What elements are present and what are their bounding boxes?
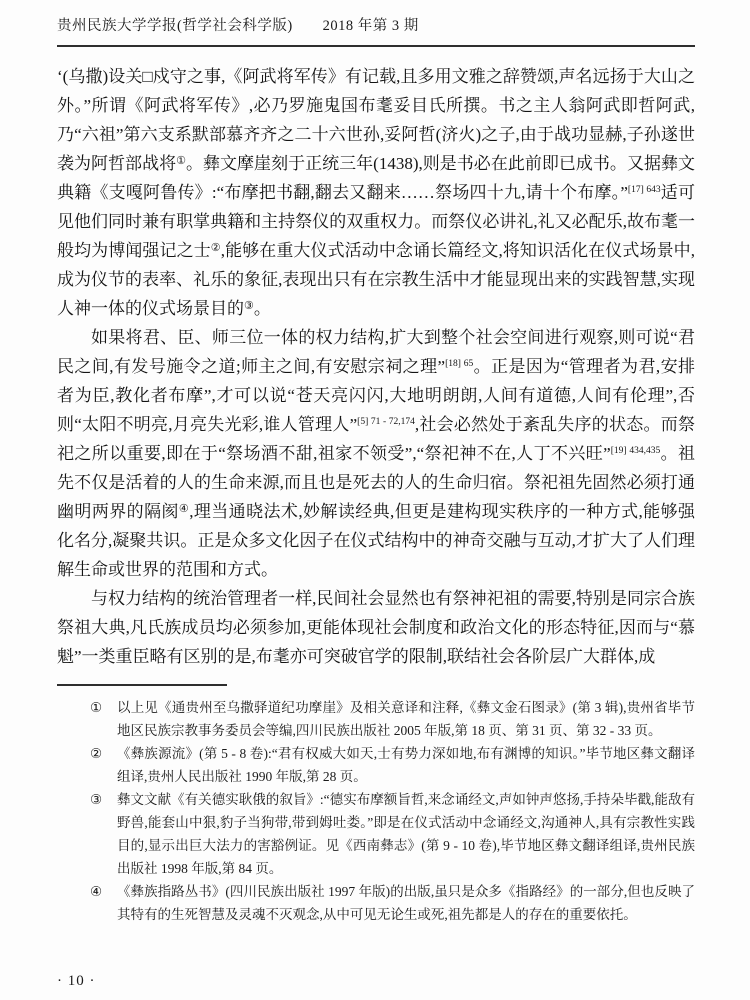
footnote-text: 彝文文献《有关德实耿俄的叙旨》:“德实布摩额旨哲,来念诵经文,声如钟声悠扬,手持… [117, 792, 695, 876]
citation-marker: [17] 643 [628, 185, 661, 195]
footnote-number: ③ [90, 788, 102, 811]
footnote-marker-3: ③ [244, 300, 254, 312]
header-divider [57, 45, 695, 47]
footnote-text: 《彝族指路丛书》(四川民族出版社 1997 年版)的出版,虽只是众多《指路经》的… [117, 884, 695, 922]
journal-page: 贵州民族大学学报(哲学社会科学版)2018 年第 3 期 ‘(乌撒)设关□戍守之… [0, 0, 750, 1000]
page-number: · 10 · [57, 973, 96, 990]
footnote-item: ① 以上见《通贵州至乌撒驿道纪功摩崖》及相关意译和注释,《彝文金石图录》(第 3… [57, 696, 695, 742]
issue-label: 2018 年第 3 期 [323, 18, 419, 34]
paragraph-2: 如果将君、臣、师三位一体的权力结构,扩大到整个社会空间进行观察,则可说“君民之间… [57, 323, 695, 584]
citation-marker: [5] 71 - 72,174 [357, 417, 415, 427]
footnote-marker-4: ④ [179, 503, 189, 515]
journal-title: 贵州民族大学学报(哲学社会科学版) [57, 18, 293, 34]
footnotes: ① 以上见《通贵州至乌撒驿道纪功摩崖》及相关意译和注释,《彝文金石图录》(第 3… [57, 696, 695, 926]
body-text-segment: 。 [254, 299, 271, 318]
article-body: ‘(乌撒)设关□戍守之事,《阿武将军传》有记载,且多用文雅之辞赞颂,声名远扬于大… [57, 62, 695, 671]
paragraph-1: ‘(乌撒)设关□戍守之事,《阿武将军传》有记载,且多用文雅之辞赞颂,声名远扬于大… [57, 62, 695, 323]
footnote-text: 以上见《通贵州至乌撒驿道纪功摩崖》及相关意译和注释,《彝文金石图录》(第 3 辑… [117, 700, 695, 738]
footnote-item: ④ 《彝族指路丛书》(四川民族出版社 1997 年版)的出版,虽只是众多《指路经… [57, 880, 695, 926]
footnote-number: ② [90, 742, 102, 765]
footnote-text: 《彝族源流》(第 5 - 8 卷):“君有权威大如天,士有势力深如地,布有渊博的… [117, 746, 695, 784]
footnote-marker-1: ① [176, 155, 186, 167]
citation-marker: [19] 434,435 [611, 446, 660, 456]
paragraph-3: 与权力结构的统治管理者一样,民间社会显然也有祭神祀祖的需要,特别是同宗合族祭祖大… [57, 584, 695, 671]
footnote-divider [57, 684, 227, 686]
body-text-segment: 与权力结构的统治管理者一样,民间社会显然也有祭神祀祖的需要,特别是同宗合族祭祖大… [57, 589, 695, 666]
footnote-marker-2: ② [211, 242, 221, 254]
footnote-number: ① [90, 696, 102, 719]
running-head: 贵州民族大学学报(哲学社会科学版)2018 年第 3 期 [57, 16, 695, 36]
footnote-number: ④ [90, 880, 102, 903]
footnote-item: ③ 彝文文献《有关德实耿俄的叙旨》:“德实布摩额旨哲,来念诵经文,声如钟声悠扬,… [57, 788, 695, 880]
footnote-item: ② 《彝族源流》(第 5 - 8 卷):“君有权威大如天,士有势力深如地,布有渊… [57, 742, 695, 788]
citation-marker: [18] 65 [445, 359, 473, 369]
